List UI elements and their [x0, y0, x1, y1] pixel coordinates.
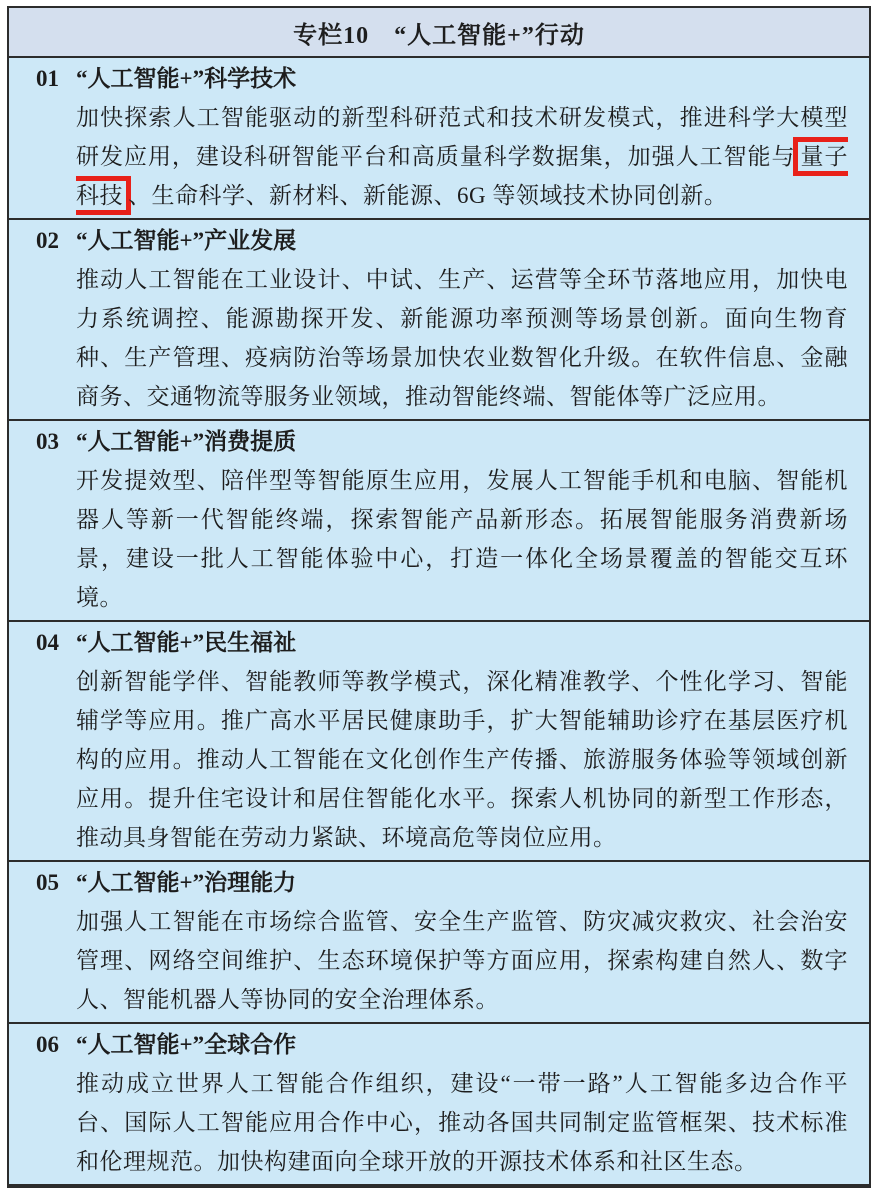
section-02: 02 “人工智能+”产业发展 推动人工智能在工业设计、中试、生产、运营等全环节落…	[9, 218, 869, 419]
section-04-heading: 04 “人工智能+”民生福祉	[29, 623, 848, 662]
body-text-after: 、生命科学、新材料、新能源、6G 等领域技术协同创新。	[128, 183, 727, 208]
section-number: 01	[29, 59, 76, 98]
section-title: “人工智能+”民生福祉	[76, 623, 296, 662]
section-number: 05	[29, 863, 76, 902]
section-title: “人工智能+”消费提质	[76, 422, 296, 461]
section-03-body: 开发提效型、陪伴型等智能原生应用，发展人工智能手机和电脑、智能机器人等新一代智能…	[76, 461, 848, 617]
panel-title: 专栏10 “人工智能+”行动	[9, 8, 869, 58]
section-number: 04	[29, 623, 76, 662]
section-title: “人工智能+”产业发展	[76, 221, 296, 260]
section-title: “人工智能+”治理能力	[76, 863, 296, 902]
section-03-heading: 03 “人工智能+”消费提质	[29, 422, 848, 461]
section-title: “人工智能+”科学技术	[76, 59, 296, 98]
section-01-body: 加快探索人工智能驱动的新型科研范式和技术研发模式，推进科学大模型研发应用，建设科…	[76, 98, 848, 215]
section-05-body: 加强人工智能在市场综合监管、安全生产监管、防灾减灾救灾、社会治安管理、网络空间维…	[76, 902, 848, 1019]
section-06-heading: 06 “人工智能+”全球合作	[29, 1025, 848, 1064]
section-02-body: 推动人工智能在工业设计、中试、生产、运营等全环节落地应用，加快电力系统调控、能源…	[76, 260, 848, 416]
section-number: 02	[29, 221, 76, 260]
section-number: 06	[29, 1025, 76, 1064]
section-05-heading: 05 “人工智能+”治理能力	[29, 863, 848, 902]
section-01: 01 “人工智能+”科学技术 加快探索人工智能驱动的新型科研范式和技术研发模式，…	[9, 58, 869, 218]
section-04-body: 创新智能学伴、智能教师等教学模式，深化精准教学、个性化学习、智能辅学等应用。推广…	[76, 662, 848, 857]
column-box-panel: 专栏10 “人工智能+”行动 01 “人工智能+”科学技术 加快探索人工智能驱动…	[7, 6, 871, 1148]
section-number: 03	[29, 422, 76, 461]
section-title: “人工智能+”全球合作	[76, 1025, 296, 1064]
section-06: 06 “人工智能+”全球合作 推动成立世界人工智能合作组织，建设“一带一路”人工…	[9, 1022, 869, 1148]
section-03: 03 “人工智能+”消费提质 开发提效型、陪伴型等智能原生应用，发展人工智能手机…	[9, 419, 869, 620]
section-05: 05 “人工智能+”治理能力 加强人工智能在市场综合监管、安全生产监管、防灾减灾…	[9, 860, 869, 1022]
section-02-heading: 02 “人工智能+”产业发展	[29, 221, 848, 260]
body-text-before: 加快探索人工智能驱动的新型科研范式和技术研发模式，推进科学大模型研发应用，建设科…	[76, 105, 848, 169]
section-06-body: 推动成立世界人工智能合作组织，建设“一带一路”人工智能多边合作平台、国际人工智能…	[76, 1064, 848, 1148]
section-04: 04 “人工智能+”民生福祉 创新智能学伴、智能教师等教学模式，深化精准教学、个…	[9, 620, 869, 860]
section-01-heading: 01 “人工智能+”科学技术	[29, 59, 848, 98]
